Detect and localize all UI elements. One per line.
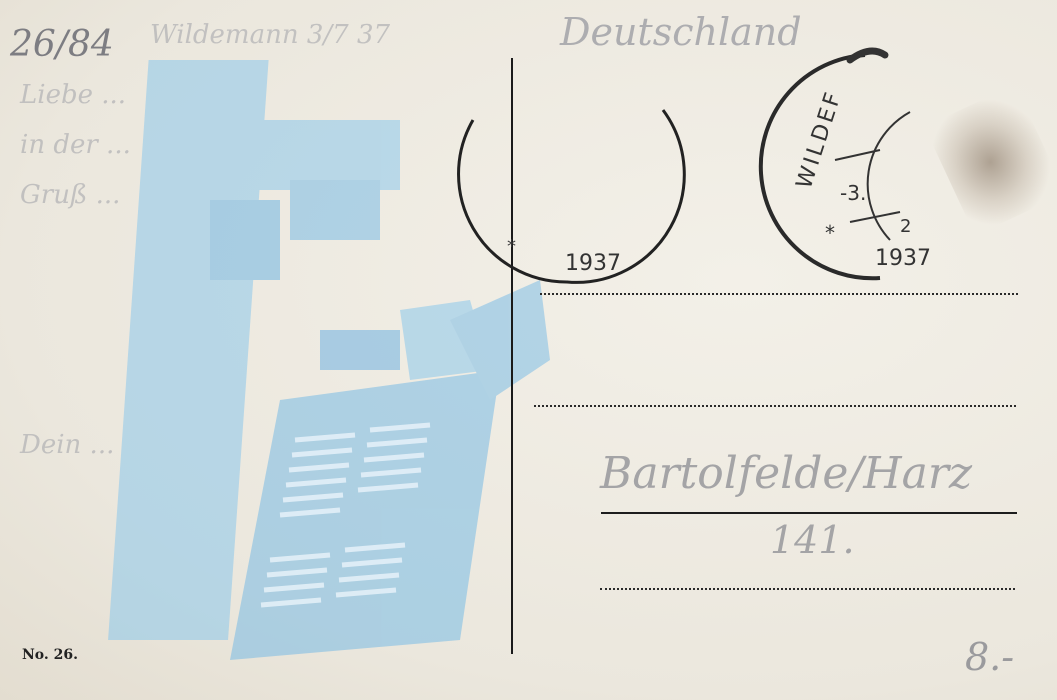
address-line-2 <box>534 405 1016 407</box>
message-line: Wildemann 3/7 37 <box>150 20 390 50</box>
svg-text:*: * <box>825 221 835 245</box>
svg-text:1937: 1937 <box>565 251 621 276</box>
print-number: No. 26. <box>22 647 78 663</box>
country-line: Deutschland <box>560 10 802 54</box>
message-line: Liebe ... <box>20 80 126 110</box>
address-line-3 <box>601 512 1017 514</box>
svg-text:2: 2 <box>900 216 911 237</box>
message-line: Gruß ... <box>20 180 120 210</box>
address-line-1 <box>540 293 1018 295</box>
postmark-2: WILDEF -3. 2 1937 * <box>770 40 980 285</box>
svg-text:1937: 1937 <box>875 246 931 271</box>
postcard-back: Wildemann 3/7 37 Liebe ... in der ... Gr… <box>0 0 1057 700</box>
address-house-number: 141. <box>770 518 855 562</box>
svg-text:-3.: -3. <box>840 181 866 205</box>
svg-text:*: * <box>507 236 516 257</box>
archive-number: 26/84 <box>10 24 114 65</box>
postmark-1: 1937 * <box>455 100 680 290</box>
message-line: in der ... <box>20 130 131 160</box>
address-town: Bartolfelde/Harz <box>600 448 972 499</box>
svg-text:WILDEF: WILDEF <box>792 87 847 192</box>
address-line-4 <box>600 588 1015 590</box>
price-note: 8.- <box>965 635 1014 679</box>
message-line: Dein ... <box>20 430 114 460</box>
